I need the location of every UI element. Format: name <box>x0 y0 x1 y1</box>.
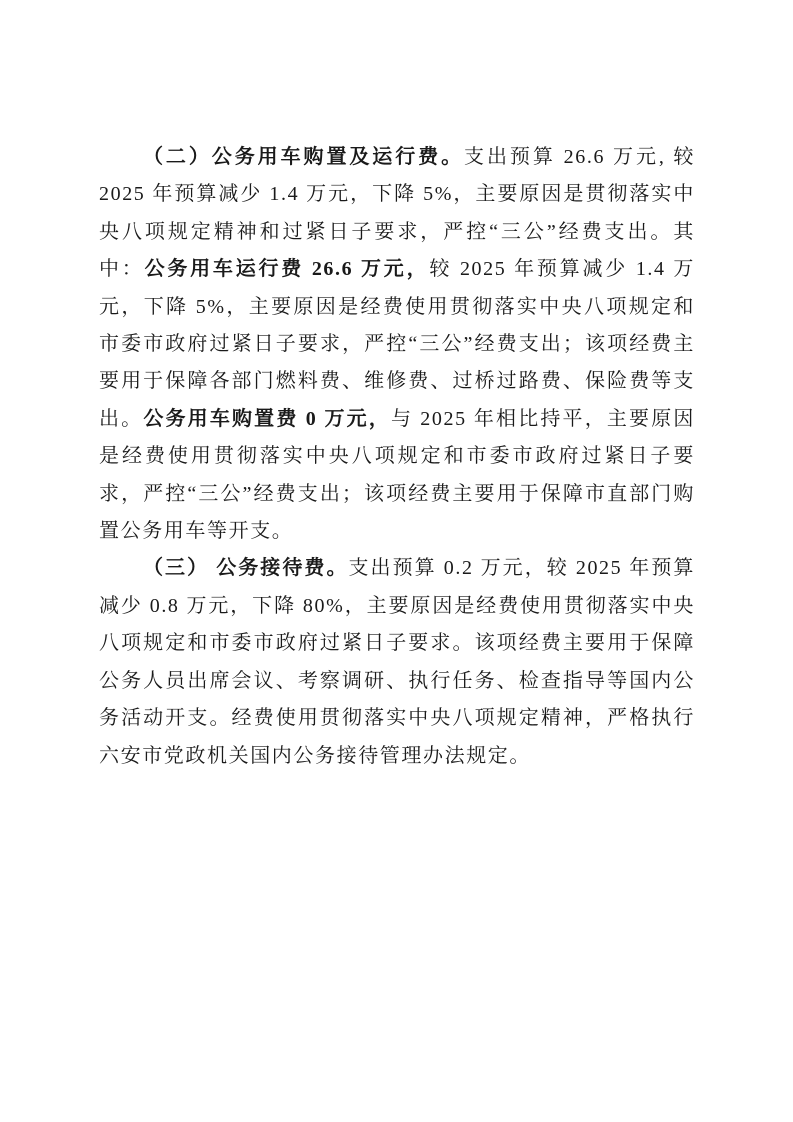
text-segment: 公务用车运行费 26.6 万元， <box>145 258 430 280</box>
text-segment: （二）公务用车购置及运行费。 <box>143 146 464 168</box>
text-segment: 支出预算 0.2 万元，较 2025 年预算减少 0.8 万元，下降 80%，主… <box>99 557 695 766</box>
paragraph-official-vehicle-purchase-and-operation: （二）公务用车购置及运行费。支出预算 26.6 万元, 较 2025 年预算减少… <box>99 139 695 550</box>
document-body: （二）公务用车购置及运行费。支出预算 26.6 万元, 较 2025 年预算减少… <box>99 139 695 775</box>
paragraph-official-reception-expense: （三） 公务接待费。支出预算 0.2 万元，较 2025 年预算减少 0.8 万… <box>99 550 695 774</box>
text-segment: （三） 公务接待费。 <box>143 557 349 579</box>
text-segment: 公务用车购置费 0 万元， <box>143 408 391 430</box>
text-segment: 较 2025 年预算减少 1.4 万元，下降 5%，主要原因是经费使用贯彻落实中… <box>99 258 695 430</box>
document-page: （二）公务用车购置及运行费。支出预算 26.6 万元, 较 2025 年预算减少… <box>0 0 793 1122</box>
